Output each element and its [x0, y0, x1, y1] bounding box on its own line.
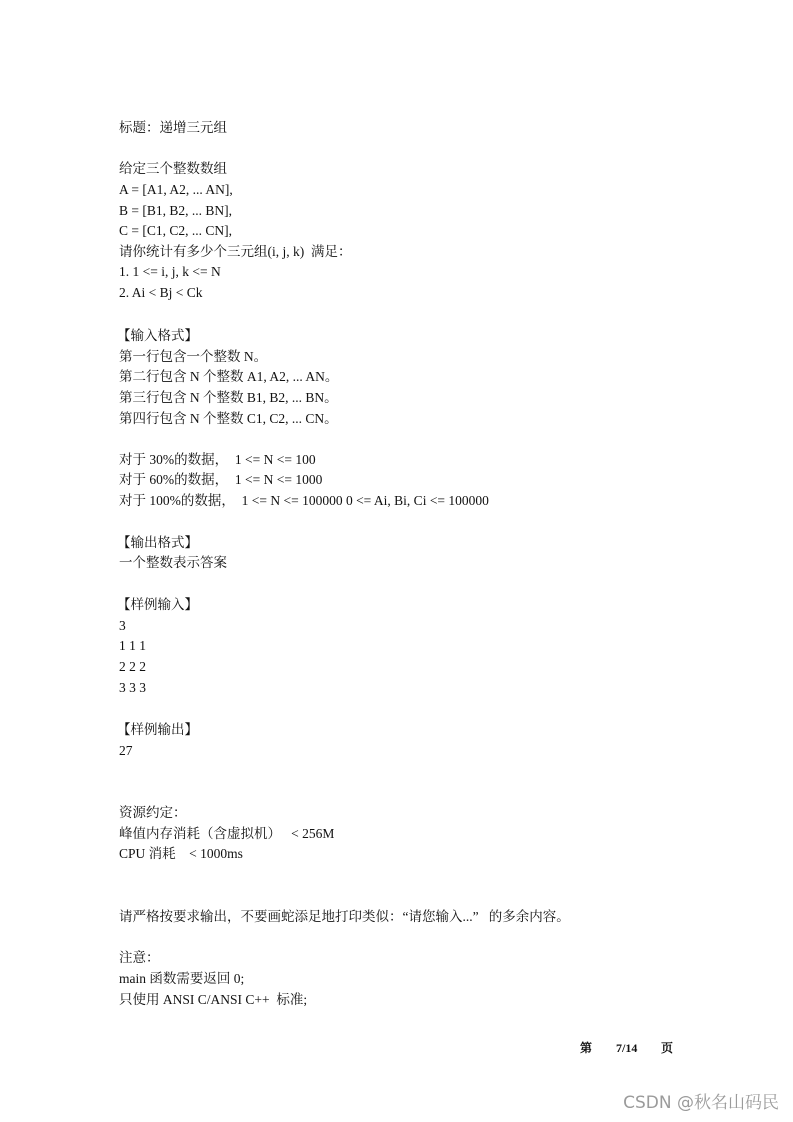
- output-format-heading: 【输出格式】: [117, 534, 198, 552]
- input-format-line: 第三行包含 N 个整数 B1, B2, ... BN。: [119, 389, 338, 407]
- sample-output-heading: 【样例输出】: [117, 721, 198, 739]
- description-line: 2. Ai < Bj < Ck: [119, 284, 203, 302]
- constraint-line: 对于 30%的数据， 1 <= N <= 100: [119, 451, 316, 469]
- page-number: 7/14: [616, 1040, 637, 1056]
- constraint-line: 对于 60%的数据， 1 <= N <= 1000: [119, 471, 322, 489]
- input-format-line: 第二行包含 N 个整数 A1, A2, ... AN。: [119, 368, 338, 386]
- description-line: 1. 1 <= i, j, k <= N: [119, 263, 221, 281]
- description-line: C = [C1, C2, ... CN],: [119, 222, 232, 240]
- sample-input-line: 2 2 2: [119, 658, 146, 676]
- description-line: A = [A1, A2, ... AN],: [119, 181, 233, 199]
- sample-input-line: 1 1 1: [119, 637, 146, 655]
- input-format-line: 第四行包含 N 个整数 C1, C2, ... CN。: [119, 410, 338, 428]
- page-suffix: 页: [661, 1040, 673, 1056]
- input-format-heading: 【输入格式】: [117, 327, 198, 345]
- resources-line: 峰值内存消耗（含虚拟机） < 256M: [119, 825, 334, 843]
- document-page: 标题：递增三元组 给定三个整数数组 A = [A1, A2, ... AN], …: [0, 0, 793, 1122]
- sample-input-line: 3 3 3: [119, 679, 146, 697]
- sample-input-heading: 【样例输入】: [117, 596, 198, 614]
- problem-title: 标题：递增三元组: [119, 119, 227, 137]
- constraint-line: 对于 100%的数据， 1 <= N <= 100000 0 <= Ai, Bi…: [119, 492, 489, 510]
- strict-output-note: 请严格按要求输出，不要画蛇添足地打印类似：“请您输入...” 的多余内容。: [119, 908, 570, 926]
- notes-line: main 函数需要返回 0;: [119, 970, 244, 988]
- input-format-line: 第一行包含一个整数 N。: [119, 348, 267, 366]
- page-prefix: 第: [580, 1040, 592, 1056]
- csdn-watermark: CSDN @秋名山码民: [623, 1092, 779, 1114]
- resources-heading: 资源约定：: [119, 804, 187, 822]
- description-line: 请你统计有多少个三元组(i, j, k) 满足：: [119, 243, 352, 261]
- description-line: B = [B1, B2, ... BN],: [119, 202, 232, 220]
- resources-line: CPU 消耗 < 1000ms: [119, 845, 243, 863]
- description-line: 给定三个整数数组: [119, 160, 227, 178]
- notes-line: 只使用 ANSI C/ANSI C++ 标准;: [119, 991, 307, 1009]
- notes-heading: 注意：: [119, 949, 160, 967]
- sample-input-line: 3: [119, 617, 126, 635]
- output-format-line: 一个整数表示答案: [119, 554, 227, 572]
- sample-output-line: 27: [119, 742, 133, 760]
